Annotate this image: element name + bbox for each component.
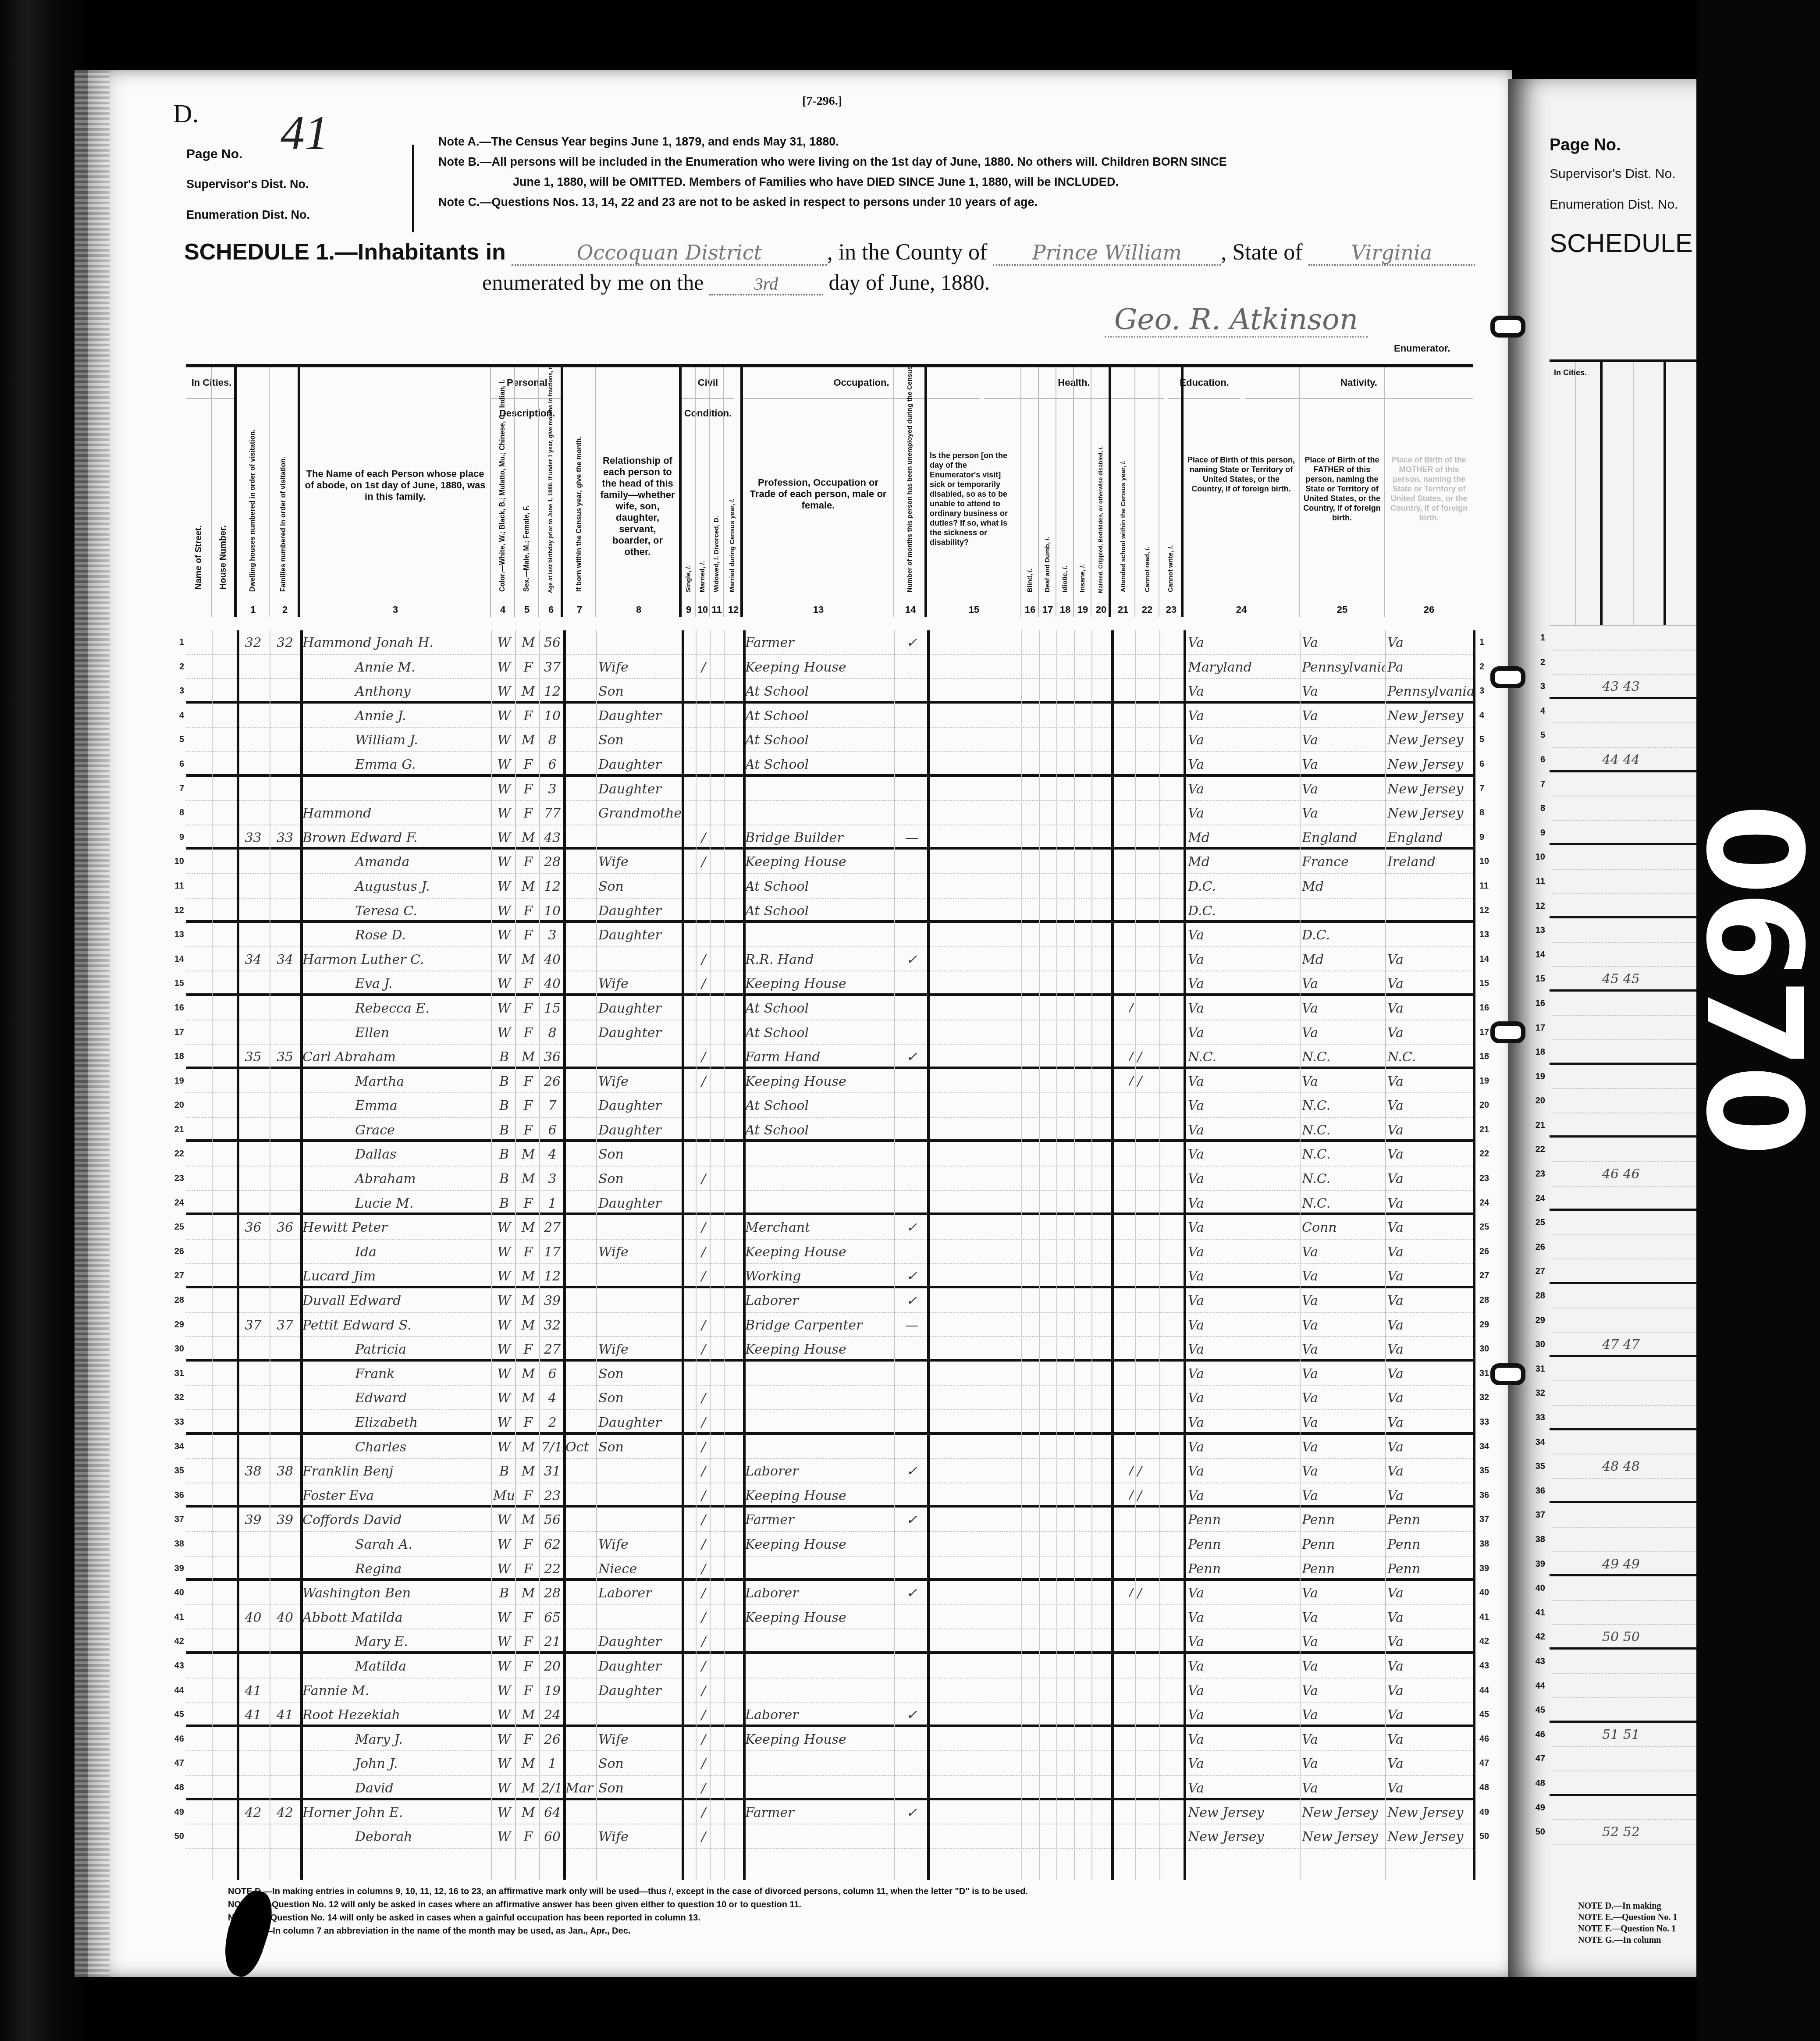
row-number: 45 bbox=[167, 1703, 184, 1727]
cell-b25: Va bbox=[1302, 1316, 1385, 1336]
row-number-right: 9 bbox=[1479, 825, 1497, 850]
col-26-mother-birthplace: Place of Birth of the MOTHER of this per… bbox=[1385, 367, 1473, 617]
cell-occ: Farmer bbox=[745, 1510, 894, 1530]
cell-age: 27 bbox=[541, 1340, 563, 1360]
row-number-right: 30 bbox=[1479, 1337, 1497, 1361]
right-table-row: 19 bbox=[1550, 1065, 1696, 1089]
col-14-unemployed: Number of months this person has been un… bbox=[894, 367, 927, 617]
enumerated-day: 3rd bbox=[709, 274, 823, 295]
cell-b24: Va bbox=[1188, 1023, 1300, 1043]
row-number-right: 24 bbox=[1479, 1191, 1497, 1215]
form-number: [7-296.] bbox=[802, 94, 842, 108]
cell-b24: Va bbox=[1188, 1705, 1300, 1725]
cell-rel: Daughter bbox=[598, 1657, 682, 1677]
col-12-married-census-year: Married during Census year, /. bbox=[724, 367, 743, 617]
grid-line bbox=[1184, 630, 1186, 1880]
cell-b25: Va bbox=[1302, 1486, 1385, 1506]
note-f: NOTE F.—Question No. 14 will only be ask… bbox=[228, 1911, 1028, 1924]
cell-sex: M bbox=[517, 877, 539, 897]
cell-age: 8 bbox=[541, 730, 563, 750]
cell-b25: Va bbox=[1302, 1388, 1385, 1408]
col-13-occupation: Profession, Occupation or Trade of each … bbox=[743, 367, 894, 617]
cell-b25: Va bbox=[1302, 682, 1385, 702]
cell-sex: F bbox=[517, 658, 539, 678]
cell-b25: Va bbox=[1302, 1657, 1385, 1677]
cell-occ: Laborer bbox=[745, 1291, 894, 1311]
cell-color: W bbox=[493, 706, 515, 726]
cell-civ: / bbox=[697, 1413, 710, 1433]
cell-name: Duvall Edward bbox=[302, 1291, 491, 1311]
table-row: 2222DallasBM4SonVaN.C.Va bbox=[186, 1142, 1473, 1166]
cell-age: 15 bbox=[541, 999, 563, 1019]
right-table-row: 3949 49 bbox=[1550, 1552, 1696, 1577]
row-number: 33 bbox=[167, 1410, 184, 1434]
column-number: 12 bbox=[725, 604, 742, 615]
cell-b24: Va bbox=[1188, 1754, 1300, 1774]
cell-b24: Va bbox=[1188, 1316, 1300, 1336]
cell-b26: Va bbox=[1387, 1218, 1473, 1238]
right-table-row: 41 bbox=[1550, 1601, 1696, 1625]
cell-dw: 37 bbox=[237, 1316, 270, 1336]
cell-age: 17 bbox=[541, 1242, 563, 1262]
cell-sex: F bbox=[517, 1827, 539, 1847]
cell-age: 65 bbox=[541, 1608, 563, 1628]
table-row: 66Emma G.WF6DaughterAt SchoolVaVaNew Jer… bbox=[186, 752, 1473, 777]
table-row: 1616Rebecca E.WF15DaughterAt School/VaVa… bbox=[186, 996, 1473, 1020]
cell-b25: Penn bbox=[1302, 1559, 1385, 1579]
cell-b24: Va bbox=[1188, 1657, 1300, 1677]
grid-line bbox=[237, 630, 239, 1880]
cell-age: 36 bbox=[541, 1047, 563, 1067]
row-number: 29 bbox=[167, 1313, 184, 1337]
cell-civ: / bbox=[697, 1047, 710, 1067]
cell-b24: Md bbox=[1188, 828, 1300, 848]
cell-b24: Va bbox=[1188, 1242, 1300, 1262]
cell-age: 21 bbox=[541, 1632, 563, 1652]
cell-color: W bbox=[493, 1827, 515, 1847]
enumerator-label: Enumerator. bbox=[1394, 343, 1450, 354]
right-table-row: 18 bbox=[1550, 1040, 1696, 1065]
row-number: 1 bbox=[167, 630, 184, 654]
row-number-right: 10 bbox=[1479, 850, 1497, 874]
row-number: 24 bbox=[167, 1191, 184, 1215]
row-number: 36 bbox=[167, 1483, 184, 1508]
row-number-right: 46 bbox=[1479, 1727, 1497, 1751]
row-number: 12 bbox=[167, 899, 184, 923]
cell-fam: 39 bbox=[270, 1510, 300, 1530]
cell-unemp: ✓ bbox=[896, 1218, 927, 1238]
cell-occ: Farmer bbox=[745, 633, 894, 653]
table-row: 3131FrankWM6SonVaVaVa bbox=[186, 1362, 1473, 1386]
right-table-row: 24 bbox=[1550, 1187, 1696, 1211]
cell-age: 28 bbox=[541, 852, 563, 872]
cell-sex: F bbox=[517, 1194, 539, 1214]
cell-b26: Va bbox=[1387, 633, 1473, 653]
grid-line bbox=[927, 630, 930, 1880]
table-row: 22Annie M.WF37Wife/Keeping HouseMaryland… bbox=[186, 655, 1473, 679]
cell-b25: France bbox=[1302, 852, 1385, 872]
cell-b26: Va bbox=[1387, 1608, 1473, 1628]
row-number: 49 bbox=[167, 1800, 184, 1824]
cell-b26: Va bbox=[1387, 1583, 1473, 1604]
cell-sex: M bbox=[517, 1754, 539, 1774]
row-number: 48 bbox=[167, 1776, 184, 1800]
frame-number-stamp: 0670 bbox=[1696, 719, 1810, 1236]
cell-occ: Keeping House bbox=[745, 1535, 894, 1555]
cell-age: 6 bbox=[541, 1120, 563, 1141]
row-number: 10 bbox=[167, 850, 184, 874]
cell-occ: At School bbox=[745, 730, 894, 750]
cell-b26: Va bbox=[1387, 1364, 1473, 1384]
right-table-row: 644 44 bbox=[1550, 748, 1696, 772]
col-16-blind: Blind, /. bbox=[1021, 367, 1039, 617]
cell-color: W bbox=[493, 1559, 515, 1579]
cell-occ: At School bbox=[745, 682, 894, 702]
cell-b26: Va bbox=[1387, 1169, 1473, 1189]
cell-fam: 41 bbox=[270, 1705, 300, 1725]
cell-name: Hammond bbox=[302, 804, 491, 824]
right-dwelling-entry: 52 52 bbox=[1602, 1820, 1690, 1844]
column-number: 24 bbox=[1233, 604, 1250, 615]
cell-b24: Va bbox=[1188, 1194, 1300, 1214]
cell-name: Hammond Jonah H. bbox=[302, 633, 491, 653]
row-number-right: 12 bbox=[1479, 899, 1497, 923]
cell-occ: Keeping House bbox=[745, 658, 894, 678]
cell-occ: At School bbox=[745, 706, 894, 726]
cell-b26: Va bbox=[1387, 1145, 1473, 1165]
cell-age: 6 bbox=[541, 1364, 563, 1384]
right-footer-notes: NOTE D.—In making NOTE E.—Question No. 1… bbox=[1578, 1900, 1677, 1946]
cell-sex: M bbox=[517, 1705, 539, 1725]
cell-b26: New Jersey bbox=[1387, 804, 1473, 824]
cell-b26: Va bbox=[1387, 1388, 1473, 1408]
cell-name: Lucard Jim bbox=[302, 1266, 491, 1287]
enumerated-label: enumerated by me on the bbox=[482, 270, 704, 295]
cell-b24: Va bbox=[1188, 925, 1300, 946]
cell-color: W bbox=[493, 1608, 515, 1628]
cell-sex: F bbox=[517, 706, 539, 726]
cell-b26: Va bbox=[1387, 1681, 1473, 1701]
cell-fam: 36 bbox=[270, 1218, 300, 1238]
row-number: 17 bbox=[167, 1020, 184, 1045]
cell-color: W bbox=[493, 925, 515, 946]
enumerated-line: enumerated by me on the 3rd day of June,… bbox=[482, 270, 990, 295]
cell-sex: M bbox=[517, 1437, 539, 1458]
col-18-idiotic: Idiotic, /. bbox=[1056, 367, 1074, 617]
cell-color: W bbox=[493, 1632, 515, 1652]
cell-color: B bbox=[493, 1461, 515, 1482]
right-table-row: 45 bbox=[1550, 1698, 1696, 1723]
schedule-title-line: SCHEDULE 1.—Inhabitants in Occoquan Dist… bbox=[184, 239, 1475, 266]
row-number-right: 1 bbox=[1479, 630, 1497, 654]
row-number-right: 4 bbox=[1479, 704, 1497, 728]
table-row: 1515Eva J.WF40Wife/Keeping HouseVaVaVa bbox=[186, 971, 1473, 996]
cell-b25: N.C. bbox=[1302, 1145, 1385, 1165]
cell-age: 37 bbox=[541, 658, 563, 678]
cell-name: Root Hezekiah bbox=[302, 1705, 491, 1725]
row-number: 47 bbox=[167, 1751, 184, 1775]
cell-occ: Keeping House bbox=[745, 1242, 894, 1262]
right-census-table: 12343 4345644 4478910111213141545 451617… bbox=[1550, 359, 1696, 1874]
row-number: 15 bbox=[167, 971, 184, 996]
cell-unemp: ✓ bbox=[896, 1803, 927, 1823]
column-number: 20 bbox=[1092, 604, 1110, 615]
grid-line bbox=[300, 630, 303, 1880]
cell-b25: Va bbox=[1302, 706, 1385, 726]
cell-civ: / bbox=[697, 1242, 710, 1262]
cell-civ: / bbox=[697, 1072, 710, 1092]
cell-occ: Laborer bbox=[745, 1583, 894, 1604]
table-row: 2020EmmaBF7DaughterAt SchoolVaN.C.Va bbox=[186, 1093, 1473, 1118]
cell-b25: Va bbox=[1302, 1730, 1385, 1750]
row-number: 7 bbox=[167, 777, 184, 801]
row-number: 38 bbox=[167, 1532, 184, 1556]
note-a: Note A.—The Census Year begins June 1, 1… bbox=[438, 132, 1227, 152]
right-table-row: 48 bbox=[1550, 1771, 1696, 1796]
row-number-right: 49 bbox=[1479, 1800, 1497, 1824]
cell-age: 2/12 bbox=[541, 1778, 563, 1799]
cell-color: W bbox=[493, 1364, 515, 1384]
right-dwelling-entry: 44 44 bbox=[1602, 748, 1690, 772]
note-b: Note B.—All persons will be included in … bbox=[438, 152, 1227, 172]
row-number-right: 21 bbox=[1479, 1118, 1497, 1142]
header-bracket bbox=[412, 145, 414, 232]
cell-age: 10 bbox=[541, 706, 563, 726]
cell-sex: F bbox=[517, 755, 539, 775]
cell-b26: Ireland bbox=[1387, 852, 1473, 872]
cell-b26: England bbox=[1387, 828, 1473, 848]
cell-occ: R.R. Hand bbox=[745, 950, 894, 970]
state-label: , State of bbox=[1221, 240, 1302, 265]
right-table-row: 16 bbox=[1550, 992, 1696, 1016]
cell-unemp: ✓ bbox=[896, 1583, 927, 1604]
cell-b25: Va bbox=[1302, 1023, 1385, 1043]
cell-b25: Va bbox=[1302, 1364, 1385, 1384]
col-23-cannot-write: Cannot write, /. bbox=[1159, 367, 1184, 617]
cell-b26: Va bbox=[1387, 1754, 1473, 1774]
cell-b26: New Jersey bbox=[1387, 706, 1473, 726]
cell-rel: Wife bbox=[598, 852, 682, 872]
cell-color: W bbox=[493, 804, 515, 824]
section-letter: D. bbox=[173, 99, 199, 129]
table-row: 2323AbrahamBM3Son/VaN.C.Va bbox=[186, 1166, 1473, 1191]
row-number: 31 bbox=[167, 1362, 184, 1386]
cell-b24: Va bbox=[1188, 706, 1300, 726]
row-number: 43 bbox=[167, 1654, 184, 1678]
right-table-row: 38 bbox=[1550, 1528, 1696, 1552]
cell-b25: Va bbox=[1302, 1340, 1385, 1360]
cell-color: W bbox=[493, 950, 515, 970]
cell-civ: / bbox=[697, 1266, 710, 1287]
row-number: 19 bbox=[167, 1069, 184, 1093]
right-table-row: 9 bbox=[1550, 821, 1696, 846]
cell-age: 43 bbox=[541, 828, 563, 848]
cell-rel: Wife bbox=[598, 1827, 682, 1847]
cell-color: W bbox=[493, 1803, 515, 1823]
cell-rel: Daughter bbox=[598, 779, 682, 800]
cell-civ: / bbox=[697, 1632, 710, 1652]
row-number: 40 bbox=[167, 1581, 184, 1605]
cell-color: W bbox=[493, 1705, 515, 1725]
note-d: NOTE D.—In making entries in columns 9, … bbox=[228, 1885, 1028, 1898]
table-row: 4343MatildaWF20Daughter/VaVaVa bbox=[186, 1654, 1473, 1678]
right-table-row: 4651 51 bbox=[1550, 1723, 1696, 1747]
cell-age: 32 bbox=[541, 1316, 563, 1336]
cell-b24: Va bbox=[1188, 1364, 1300, 1384]
col-11-widowed: Widowed, /. Divorced, D. bbox=[710, 367, 724, 617]
right-dwelling-entry: 50 50 bbox=[1602, 1625, 1690, 1649]
row-number-right: 6 bbox=[1479, 752, 1497, 776]
row-number-right: 23 bbox=[1479, 1166, 1497, 1191]
cell-b25: New Jersey bbox=[1302, 1827, 1385, 1847]
row-number-right: 29 bbox=[1479, 1313, 1497, 1337]
cell-occ: Farmer bbox=[745, 1803, 894, 1823]
cell-fam: 34 bbox=[270, 950, 300, 970]
cell-sex: F bbox=[517, 1072, 539, 1092]
col-6-age: Age at last birthday prior to June 1, 18… bbox=[539, 367, 563, 617]
cell-name: Carl Abraham bbox=[302, 1047, 491, 1067]
cell-color: W bbox=[493, 755, 515, 775]
cell-b25: Va bbox=[1302, 1461, 1385, 1482]
cell-unemp: — bbox=[896, 1316, 927, 1336]
cell-born: Oct bbox=[565, 1437, 596, 1458]
cell-sex: M bbox=[517, 1169, 539, 1189]
cell-sex: F bbox=[517, 1657, 539, 1677]
column-number: 5 bbox=[518, 604, 536, 615]
cell-dw: 39 bbox=[237, 1510, 270, 1530]
cell-b25: Va bbox=[1302, 1778, 1385, 1799]
cell-color: B bbox=[493, 1169, 515, 1189]
cell-sex: F bbox=[517, 779, 539, 800]
cell-b24: Penn bbox=[1188, 1559, 1300, 1579]
column-number: 16 bbox=[1021, 604, 1039, 615]
cell-name: Foster Eva bbox=[302, 1486, 491, 1506]
cell-b26: Va bbox=[1387, 974, 1473, 994]
row-number-right: 18 bbox=[1479, 1045, 1497, 1069]
row-number: 39 bbox=[167, 1557, 184, 1581]
cell-civ: / bbox=[697, 950, 710, 970]
cell-civ: / bbox=[697, 1437, 710, 1458]
cell-sex: F bbox=[517, 1120, 539, 1141]
cell-rel: Son bbox=[598, 1145, 682, 1165]
grid-line bbox=[710, 630, 711, 1880]
cell-sex: M bbox=[517, 828, 539, 848]
cell-occ: Keeping House bbox=[745, 1730, 894, 1750]
cell-b26: N.C. bbox=[1387, 1047, 1473, 1067]
cell-color: W bbox=[493, 1754, 515, 1774]
cell-b25: Va bbox=[1302, 1754, 1385, 1774]
cell-b24: Va bbox=[1188, 1681, 1300, 1701]
cell-rel: Son bbox=[598, 1169, 682, 1189]
cell-b26: New Jersey bbox=[1387, 1827, 1473, 1847]
cell-b24: Va bbox=[1188, 1778, 1300, 1799]
cell-b25: Conn bbox=[1302, 1218, 1385, 1238]
row-number: 21 bbox=[167, 1118, 184, 1142]
row-number: 14 bbox=[167, 947, 184, 971]
cell-age: 7/12 bbox=[541, 1437, 563, 1458]
cell-rel: Son bbox=[598, 682, 682, 702]
row-number-right: 33 bbox=[1479, 1410, 1497, 1434]
table-row: 77WF3DaughterVaVaNew Jersey bbox=[186, 777, 1473, 801]
cell-b25: Penn bbox=[1302, 1535, 1385, 1555]
cell-b26: Penn bbox=[1387, 1559, 1473, 1579]
cell-sex: F bbox=[517, 1242, 539, 1262]
cell-b24: Va bbox=[1188, 1072, 1300, 1092]
cell-age: 12 bbox=[541, 877, 563, 897]
right-dwelling-entry: 51 51 bbox=[1602, 1723, 1690, 1747]
cell-age: 24 bbox=[541, 1705, 563, 1725]
column-number: 26 bbox=[1420, 604, 1438, 615]
cell-occ: Keeping House bbox=[745, 1486, 894, 1506]
row-number-right: 43 bbox=[1479, 1654, 1497, 1678]
cell-occ: At School bbox=[745, 755, 894, 775]
row-number: 22 bbox=[167, 1142, 184, 1166]
cell-b26: Va bbox=[1387, 1072, 1473, 1092]
right-table-row: 20 bbox=[1550, 1089, 1696, 1113]
cell-civ: / bbox=[697, 1827, 710, 1847]
cell-civ: / bbox=[697, 1705, 710, 1725]
cell-civ: / bbox=[697, 1218, 710, 1238]
cell-color: B bbox=[493, 1145, 515, 1165]
table-row: 3434CharlesWM7/12OctSon/VaVaVa bbox=[186, 1435, 1473, 1459]
col-22-cannot-read: Cannot read, /. bbox=[1135, 367, 1159, 617]
grid-line bbox=[1074, 630, 1075, 1880]
table-row: 444441Fannie M.WF19Daughter/VaVaVa bbox=[186, 1678, 1473, 1703]
cell-age: 27 bbox=[541, 1218, 563, 1238]
cell-occ: Farm Hand bbox=[745, 1047, 894, 1067]
grid-line bbox=[1111, 630, 1114, 1880]
cell-b26: Penn bbox=[1387, 1510, 1473, 1530]
county-label: , in the County of bbox=[827, 240, 987, 265]
cell-color: W bbox=[493, 1510, 515, 1530]
cell-b25: Md bbox=[1302, 950, 1385, 970]
table-row: 3333ElizabethWF2Daughter/VaVaVa bbox=[186, 1410, 1473, 1435]
grid-line bbox=[212, 630, 213, 1880]
cell-b26: New Jersey bbox=[1387, 730, 1473, 750]
table-row: 2424Lucie M.BF1DaughterVaN.C.Va bbox=[186, 1191, 1473, 1216]
right-table-row: 26 bbox=[1550, 1235, 1696, 1260]
row-number-right: 44 bbox=[1479, 1678, 1497, 1703]
cell-sex: M bbox=[517, 1218, 539, 1238]
right-table-row: 47 bbox=[1550, 1747, 1696, 1771]
right-table-row: 21 bbox=[1550, 1113, 1696, 1138]
cell-name: Washington Ben bbox=[302, 1583, 491, 1604]
cell-color: W bbox=[493, 682, 515, 702]
cell-b24: Md bbox=[1188, 852, 1300, 872]
cell-sex: F bbox=[517, 999, 539, 1019]
cell-b24: Va bbox=[1188, 1486, 1300, 1506]
cell-rel: Daughter bbox=[598, 925, 682, 946]
table-row: 2727Lucard JimWM12/Working✓VaVaVa bbox=[186, 1264, 1473, 1288]
table-row: 4646Mary J.WF26Wife/Keeping HouseVaVaVa bbox=[186, 1727, 1473, 1752]
column-number: 3 bbox=[387, 604, 404, 615]
cell-dw: 40 bbox=[237, 1608, 270, 1628]
cell-rel: Daughter bbox=[598, 1096, 682, 1116]
table-row: 45454141Root HezekiahWM24/Laborer✓VaVaVa bbox=[186, 1703, 1473, 1727]
cell-name: Horner John E. bbox=[302, 1803, 491, 1823]
table-row: 29293737Pettit Edward S.WM32/Bridge Carp… bbox=[186, 1313, 1473, 1337]
table-row: 37373939Coffords DavidWM56/Farmer✓PennPe… bbox=[186, 1508, 1473, 1532]
cell-dw: 33 bbox=[237, 828, 270, 848]
cell-occ: Bridge Carpenter bbox=[745, 1316, 894, 1336]
cell-age: 19 bbox=[541, 1681, 563, 1701]
table-row: 88HammondWF77GrandmotherVaVaNew Jersey bbox=[186, 801, 1473, 825]
cell-occ: Keeping House bbox=[745, 1340, 894, 1360]
col-15-sickness: Is the person [on the day of the Enumera… bbox=[927, 367, 1021, 617]
cell-b24: Va bbox=[1188, 974, 1300, 994]
cell-sex: F bbox=[517, 901, 539, 921]
row-number: 18 bbox=[167, 1045, 184, 1069]
